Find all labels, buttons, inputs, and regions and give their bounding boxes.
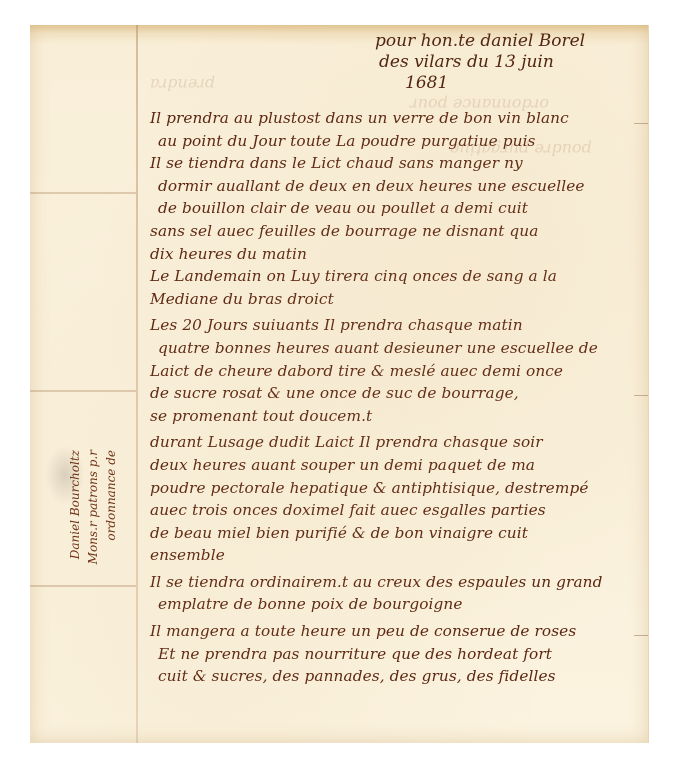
body-line: quatre bonnes heures auant desieuner une… <box>150 337 640 360</box>
margin-annotation-line: Mons.r patrons p.r <box>86 450 100 564</box>
body-line: au point du Jour toute La poudre purgati… <box>150 130 640 153</box>
body-line: dix heures du matin <box>150 243 640 266</box>
body-line: de sucre rosat & une once de suc de bour… <box>150 382 640 405</box>
header-year: 1681 <box>375 73 635 94</box>
body-line: poudre pectorale hepatique & antiphtisiq… <box>150 477 640 500</box>
body-line: Le Landemain on Luy tirera cinq onces de… <box>150 265 640 288</box>
margin-annotation-line: Daniel Bourcholtz <box>68 450 82 559</box>
body-line: Il se tiendra ordinairem.t au creux des … <box>150 571 640 594</box>
body-line: ensemble <box>150 544 640 567</box>
body-line: Il se tiendra dans le Lict chaud sans ma… <box>150 152 640 175</box>
body-line: Il mangera a toute heure un peu de conse… <box>150 620 640 643</box>
prescription-body: Il prendra au plustost dans un verre de … <box>150 107 640 688</box>
body-line: cuit & sucres, des pannades, des grus, d… <box>150 665 640 688</box>
body-line: emplatre de bonne poix de bourgoigne <box>150 593 640 616</box>
vertical-fold-line <box>136 25 138 743</box>
horizontal-fold-line <box>30 390 136 392</box>
body-line: de beau miel bien purifié & de bon vinai… <box>150 522 640 545</box>
manuscript-page: ordonnance pour poudre purgatiue prendra… <box>30 25 649 743</box>
body-line: auec trois onces doximel fait auec esgal… <box>150 499 640 522</box>
bleed-through-text: prendra <box>150 75 215 94</box>
body-line: de bouillon clair de veau ou poullet a d… <box>150 197 640 220</box>
body-line: Et ne prendra pas nourriture que des hor… <box>150 643 640 666</box>
horizontal-fold-line <box>30 192 136 194</box>
body-line: sans sel auec feuilles de bourrage ne di… <box>150 220 640 243</box>
body-line: deux heures auant souper un demi paquet … <box>150 454 640 477</box>
header-place-date: des vilars du 13 juin <box>375 52 635 73</box>
header-recipient: pour hon.te daniel Borel <box>375 31 635 52</box>
body-line: Il prendra au plustost dans un verre de … <box>150 107 640 130</box>
body-line: dormir auallant de deux en deux heures u… <box>150 175 640 198</box>
body-line: se promenant tout doucem.t <box>150 405 640 428</box>
letter-header: pour hon.te daniel Borel des vilars du 1… <box>375 31 635 94</box>
margin-annotation: ordonnance de Mons.r patrons p.r Daniel … <box>58 450 128 600</box>
margin-annotation-line: ordonnance de <box>104 450 118 541</box>
body-line: Les 20 Jours suiuants Il prendra chasque… <box>150 314 640 337</box>
body-line: Laict de cheure dabord tire & meslé auec… <box>150 360 640 383</box>
body-line: Mediane du bras droict <box>150 288 640 311</box>
body-line: durant Lusage dudit Laict Il prendra cha… <box>150 431 640 454</box>
